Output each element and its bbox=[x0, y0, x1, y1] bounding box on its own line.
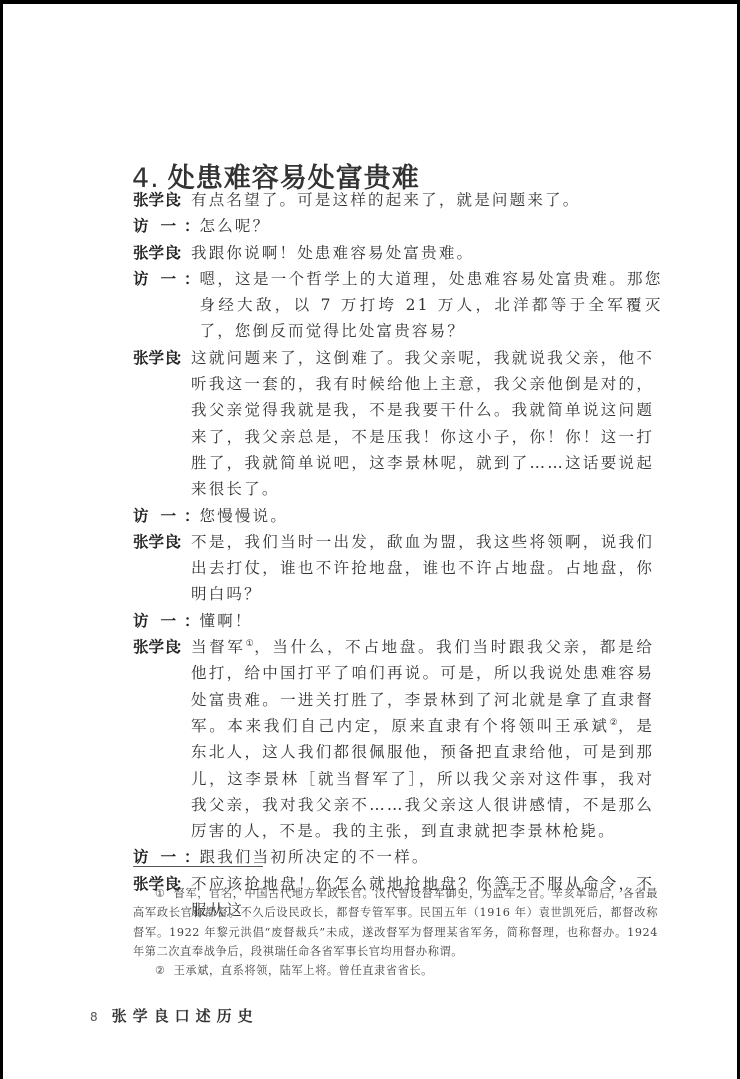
speaker-name: 张学良 bbox=[133, 240, 180, 266]
colon: ： bbox=[176, 240, 192, 266]
page-number: 8 bbox=[90, 1010, 98, 1024]
footnote-mark: ① bbox=[155, 887, 166, 900]
speaker-name: 访一 bbox=[133, 503, 188, 529]
speaker-label: 访一： bbox=[133, 266, 200, 292]
utterance-text: ，是东北人，这人我们都很佩服他，预备把直隶给他，可是到那儿，这李景林［就当督军了… bbox=[191, 717, 654, 840]
running-book-title: 张学良口述历史 bbox=[112, 1007, 259, 1025]
speaker-label: 访一： bbox=[133, 213, 200, 239]
speaker-name: 张学良 bbox=[133, 634, 180, 660]
speaker-label: 张学良： bbox=[133, 187, 191, 213]
utterance-text: ，当什么，不占地盘。我们当时跟我父亲，都是给他打，给中国打平了咱们再说。可是，所… bbox=[191, 638, 654, 735]
footnote-reference-1[interactable]: ① bbox=[246, 639, 255, 649]
dialogue-turn: 访一： 怎么呢？ bbox=[133, 213, 663, 239]
footnote-2: ②王承斌，直系将领，陆军上将。曾任直隶省省长。 bbox=[133, 961, 658, 980]
speaker-name: 访一 bbox=[133, 608, 188, 634]
footnotes: ①督军，官名，中国古代地方军政长官。汉代曾设督军御史，为监军之官。辛亥革命后，各… bbox=[133, 884, 658, 980]
dialogue-turn: 访一： 您慢慢说。 bbox=[133, 503, 663, 529]
dialogue-turn: 张学良： 这就问题来了，这倒难了。我父亲呢，我就说我父亲，他不听我这一套的，我有… bbox=[133, 345, 663, 503]
dialogue-turn: 张学良： 当督军①，当什么，不占地盘。我们当时跟我父亲，都是给他打，给中国打平了… bbox=[133, 634, 663, 844]
speaker-label: 张学良： bbox=[133, 634, 191, 660]
speaker-label: 张学良： bbox=[133, 240, 191, 266]
speaker-name: 访一 bbox=[133, 266, 188, 292]
colon: ： bbox=[184, 266, 200, 292]
dialogue-turn: 张学良： 我跟你说啊！处患难容易处富贵难。 bbox=[133, 240, 663, 266]
dialogue-turn: 访一： 懂啊！ bbox=[133, 608, 663, 634]
speaker-label: 访一： bbox=[133, 608, 200, 634]
utterance: 有点名望了。可是这样的起来了，就是问题来了。 bbox=[191, 187, 654, 213]
utterance: 跟我们当初所决定的不一样。 bbox=[200, 844, 663, 870]
colon: ： bbox=[176, 345, 192, 371]
colon: ： bbox=[176, 634, 192, 660]
speaker-label: 张学良： bbox=[133, 345, 191, 371]
page-footer: 8张学良口述历史 bbox=[90, 1005, 259, 1026]
utterance: 不是，我们当时一出发，歃血为盟，我这些将领啊，说我们出去打仗，谁也不许抢地盘，谁… bbox=[191, 529, 654, 608]
speaker-name: 张学良 bbox=[133, 345, 180, 371]
footnote-1: ①督军，官名，中国古代地方军政长官。汉代曾设督军御史，为监军之官。辛亥革命后，各… bbox=[133, 884, 658, 961]
utterance-text: 当督军 bbox=[191, 638, 246, 656]
colon: ： bbox=[176, 187, 192, 213]
utterance: 当督军①，当什么，不占地盘。我们当时跟我父亲，都是给他打，给中国打平了咱们再说。… bbox=[191, 634, 654, 844]
utterance: 您慢慢说。 bbox=[200, 503, 663, 529]
speaker-label: 张学良： bbox=[133, 529, 191, 555]
footnote-divider bbox=[133, 866, 263, 867]
utterance: 我跟你说啊！处患难容易处富贵难。 bbox=[191, 240, 654, 266]
utterance: 怎么呢？ bbox=[200, 213, 663, 239]
dialogue-turn: 张学良： 不是，我们当时一出发，歃血为盟，我这些将领啊，说我们出去打仗，谁也不许… bbox=[133, 529, 663, 608]
speaker-label: 访一： bbox=[133, 503, 200, 529]
colon: ： bbox=[184, 608, 200, 634]
speaker-name: 张学良 bbox=[133, 529, 180, 555]
dialogue-turn: 访一： 嗯，这是一个哲学上的大道理，处患难容易处富贵难。那您身经大敌，以 7 万… bbox=[133, 266, 663, 345]
utterance: 这就问题来了，这倒难了。我父亲呢，我就说我父亲，他不听我这一套的，我有时候给他上… bbox=[191, 345, 654, 503]
speaker-name: 访一 bbox=[133, 213, 188, 239]
footnote-text: 王承斌，直系将领，陆军上将。曾任直隶省省长。 bbox=[174, 964, 433, 977]
footnote-reference-2[interactable]: ② bbox=[610, 718, 619, 728]
utterance: 嗯，这是一个哲学上的大道理，处患难容易处富贵难。那您身经大敌，以 7 万打垮 2… bbox=[200, 266, 663, 345]
footnote-mark: ② bbox=[155, 964, 166, 977]
interview-dialogue: 张学良： 有点名望了。可是这样的起来了，就是问题来了。 访一： 怎么呢？ 张学良… bbox=[133, 187, 663, 923]
colon: ： bbox=[176, 529, 192, 555]
colon: ： bbox=[184, 503, 200, 529]
dialogue-turn: 张学良： 有点名望了。可是这样的起来了，就是问题来了。 bbox=[133, 187, 663, 213]
colon: ： bbox=[184, 213, 200, 239]
book-page: 4.处患难容易处富贵难 张学良： 有点名望了。可是这样的起来了，就是问题来了。 … bbox=[3, 4, 737, 1079]
utterance: 懂啊！ bbox=[200, 608, 663, 634]
footnote-text: 督军，官名，中国古代地方军政长官。汉代曾设督军御史，为监军之官。辛亥革命后，各省… bbox=[133, 887, 658, 958]
speaker-name: 张学良 bbox=[133, 187, 180, 213]
